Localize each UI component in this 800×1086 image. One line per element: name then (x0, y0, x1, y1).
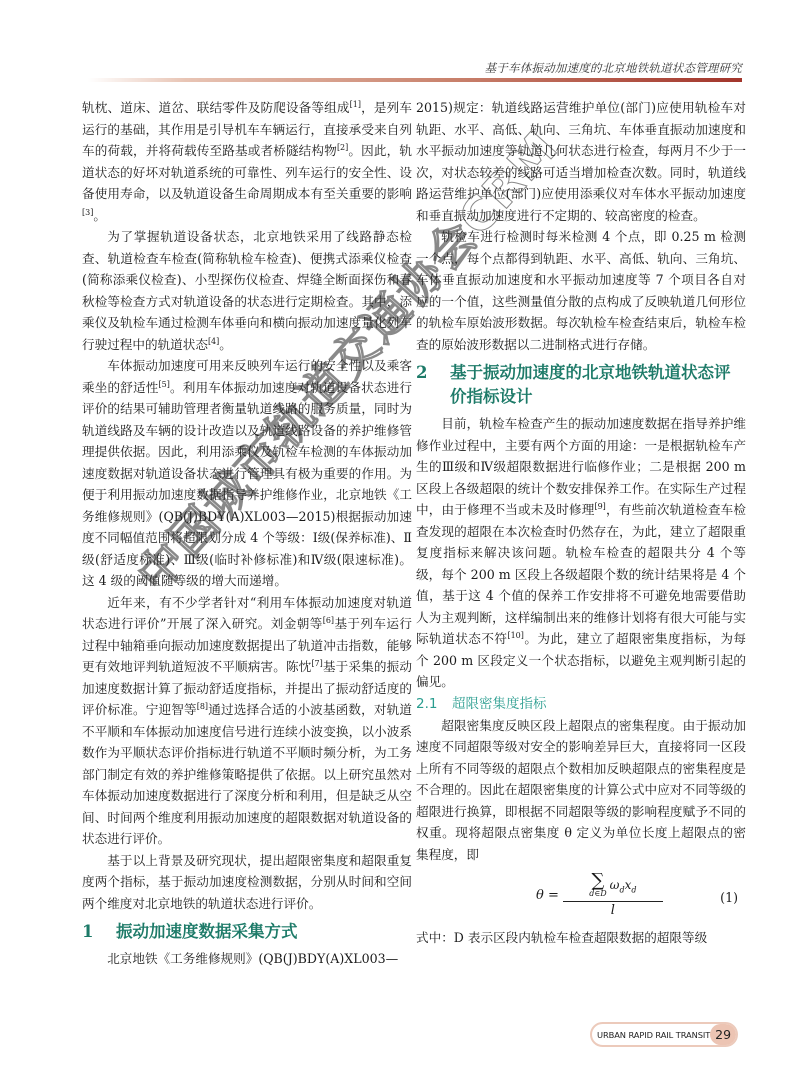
citation: [6] (323, 616, 334, 625)
paragraph: 轨检车进行检测时每米检测 4 个点，即 0.25 m 检测一个点，每个点都得到轨… (416, 226, 746, 355)
left-column: 轨枕、道床、道岔、联结零件及防爬设备等组成[1]，是列车运行的基础，其作用是引导… (82, 97, 412, 970)
running-title: 基于车体振动加速度的北京地铁轨道状态管理研究 (485, 60, 742, 76)
denominator: l (611, 903, 615, 919)
footer-badge: URBAN RAPID RAIL TRANSIT 29 (590, 1022, 738, 1047)
paragraph: 超限密集度反映区段上超限点的密集程度。由于振动加速度不同超限等级对安全的影响差异… (416, 715, 746, 866)
section-number: 2 (416, 361, 450, 409)
sum-subscript: d∈D (589, 889, 606, 898)
section-2-1-heading: 2.1 超限密集度指标 (416, 693, 746, 715)
paragraph: 目前，轨检车检查产生的振动加速度数据在指导养护维修作业过程中，主要有两个方面的用… (416, 413, 746, 693)
paragraph: 北京地铁《工务维修规则》(QB(J)BDY(A)XL003— (82, 948, 412, 970)
paragraph: 轨枕、道床、道岔、联结零件及防爬设备等组成[1]，是列车运行的基础，其作用是引导… (82, 97, 412, 226)
citation: [7] (311, 659, 322, 668)
summation: ∑ d∈D (589, 873, 606, 898)
paragraph: 近年来，有不少学者针对“利用车体振动加速度对轨道状态进行评价”开展了深入研究。刘… (82, 592, 412, 850)
paragraph: 式中：D 表示区段内轨检车检查超限数据的超限等级 (416, 927, 746, 949)
citation: [5] (158, 379, 169, 388)
right-paragraphs-mid: 目前，轨检车检查产生的振动加速度数据在指导养护维修作业过程中，主要有两个方面的用… (416, 413, 746, 693)
numerator-term: ωdxd (610, 875, 637, 901)
paragraph: 车体振动加速度可用来反映列车运行的安全性以及乘客乘坐的舒适性[5]。利用车体振动… (82, 355, 412, 592)
citation: [1] (350, 100, 361, 109)
subsection-title: 超限密集度指标 (452, 693, 547, 715)
equation-1: θ = ∑ d∈D ωdxd l (1) (416, 867, 746, 925)
citation: [4] (208, 336, 219, 345)
section-title: 基于振动加速度的北京地铁轨道状态评价指标设计 (450, 361, 746, 409)
right-column: 2015)规定：轨道线路运营维护单位(部门)应使用轨检车对轨距、水平、高低、轨向… (416, 97, 746, 949)
paragraph: 基于以上背景及研究现状，提出超限密集度和超限重复度两个指标，基于振动加速度检测数… (82, 850, 412, 915)
citation: [2] (337, 143, 348, 152)
section-title: 振动加速度数据采集方式 (116, 920, 412, 944)
citation: [3] (82, 207, 93, 216)
section-2-heading: 2 基于振动加速度的北京地铁轨道状态评价指标设计 (416, 361, 746, 409)
sigma-symbol: ∑ (592, 873, 605, 889)
citation: [10] (507, 631, 523, 640)
paragraph: 为了掌握轨道设备状态，北京地铁采用了线路静态检查、轨道检查车检查(简称轨检车检查… (82, 226, 412, 355)
header-rule (88, 78, 742, 82)
fraction-bar (563, 901, 663, 902)
equation-lhs: θ = (536, 885, 559, 907)
section-number: 1 (82, 920, 116, 944)
fraction: ∑ d∈D ωdxd l (563, 873, 663, 920)
left-paragraphs: 轨枕、道床、道岔、联结零件及防爬设备等组成[1]，是列车运行的基础，其作用是引导… (82, 97, 412, 914)
journal-name: URBAN RAPID RAIL TRANSIT (592, 1030, 710, 1040)
section-1-heading: 1 振动加速度数据采集方式 (82, 920, 412, 944)
paragraph: 2015)规定：轨道线路运营维护单位(部门)应使用轨检车对轨距、水平、高低、轨向… (416, 97, 746, 226)
page-number: 29 (710, 1024, 736, 1045)
right-paragraphs-top: 2015)规定：轨道线路运营维护单位(部门)应使用轨检车对轨距、水平、高低、轨向… (416, 97, 746, 355)
citation: [9] (594, 502, 605, 511)
subsection-number: 2.1 (416, 693, 452, 715)
citation: [8] (197, 702, 208, 711)
equation-number: (1) (720, 887, 738, 909)
right-paragraphs-bottom: 超限密集度反映区段上超限点的密集程度。由于振动加速度不同超限等级对安全的影响差异… (416, 715, 746, 866)
